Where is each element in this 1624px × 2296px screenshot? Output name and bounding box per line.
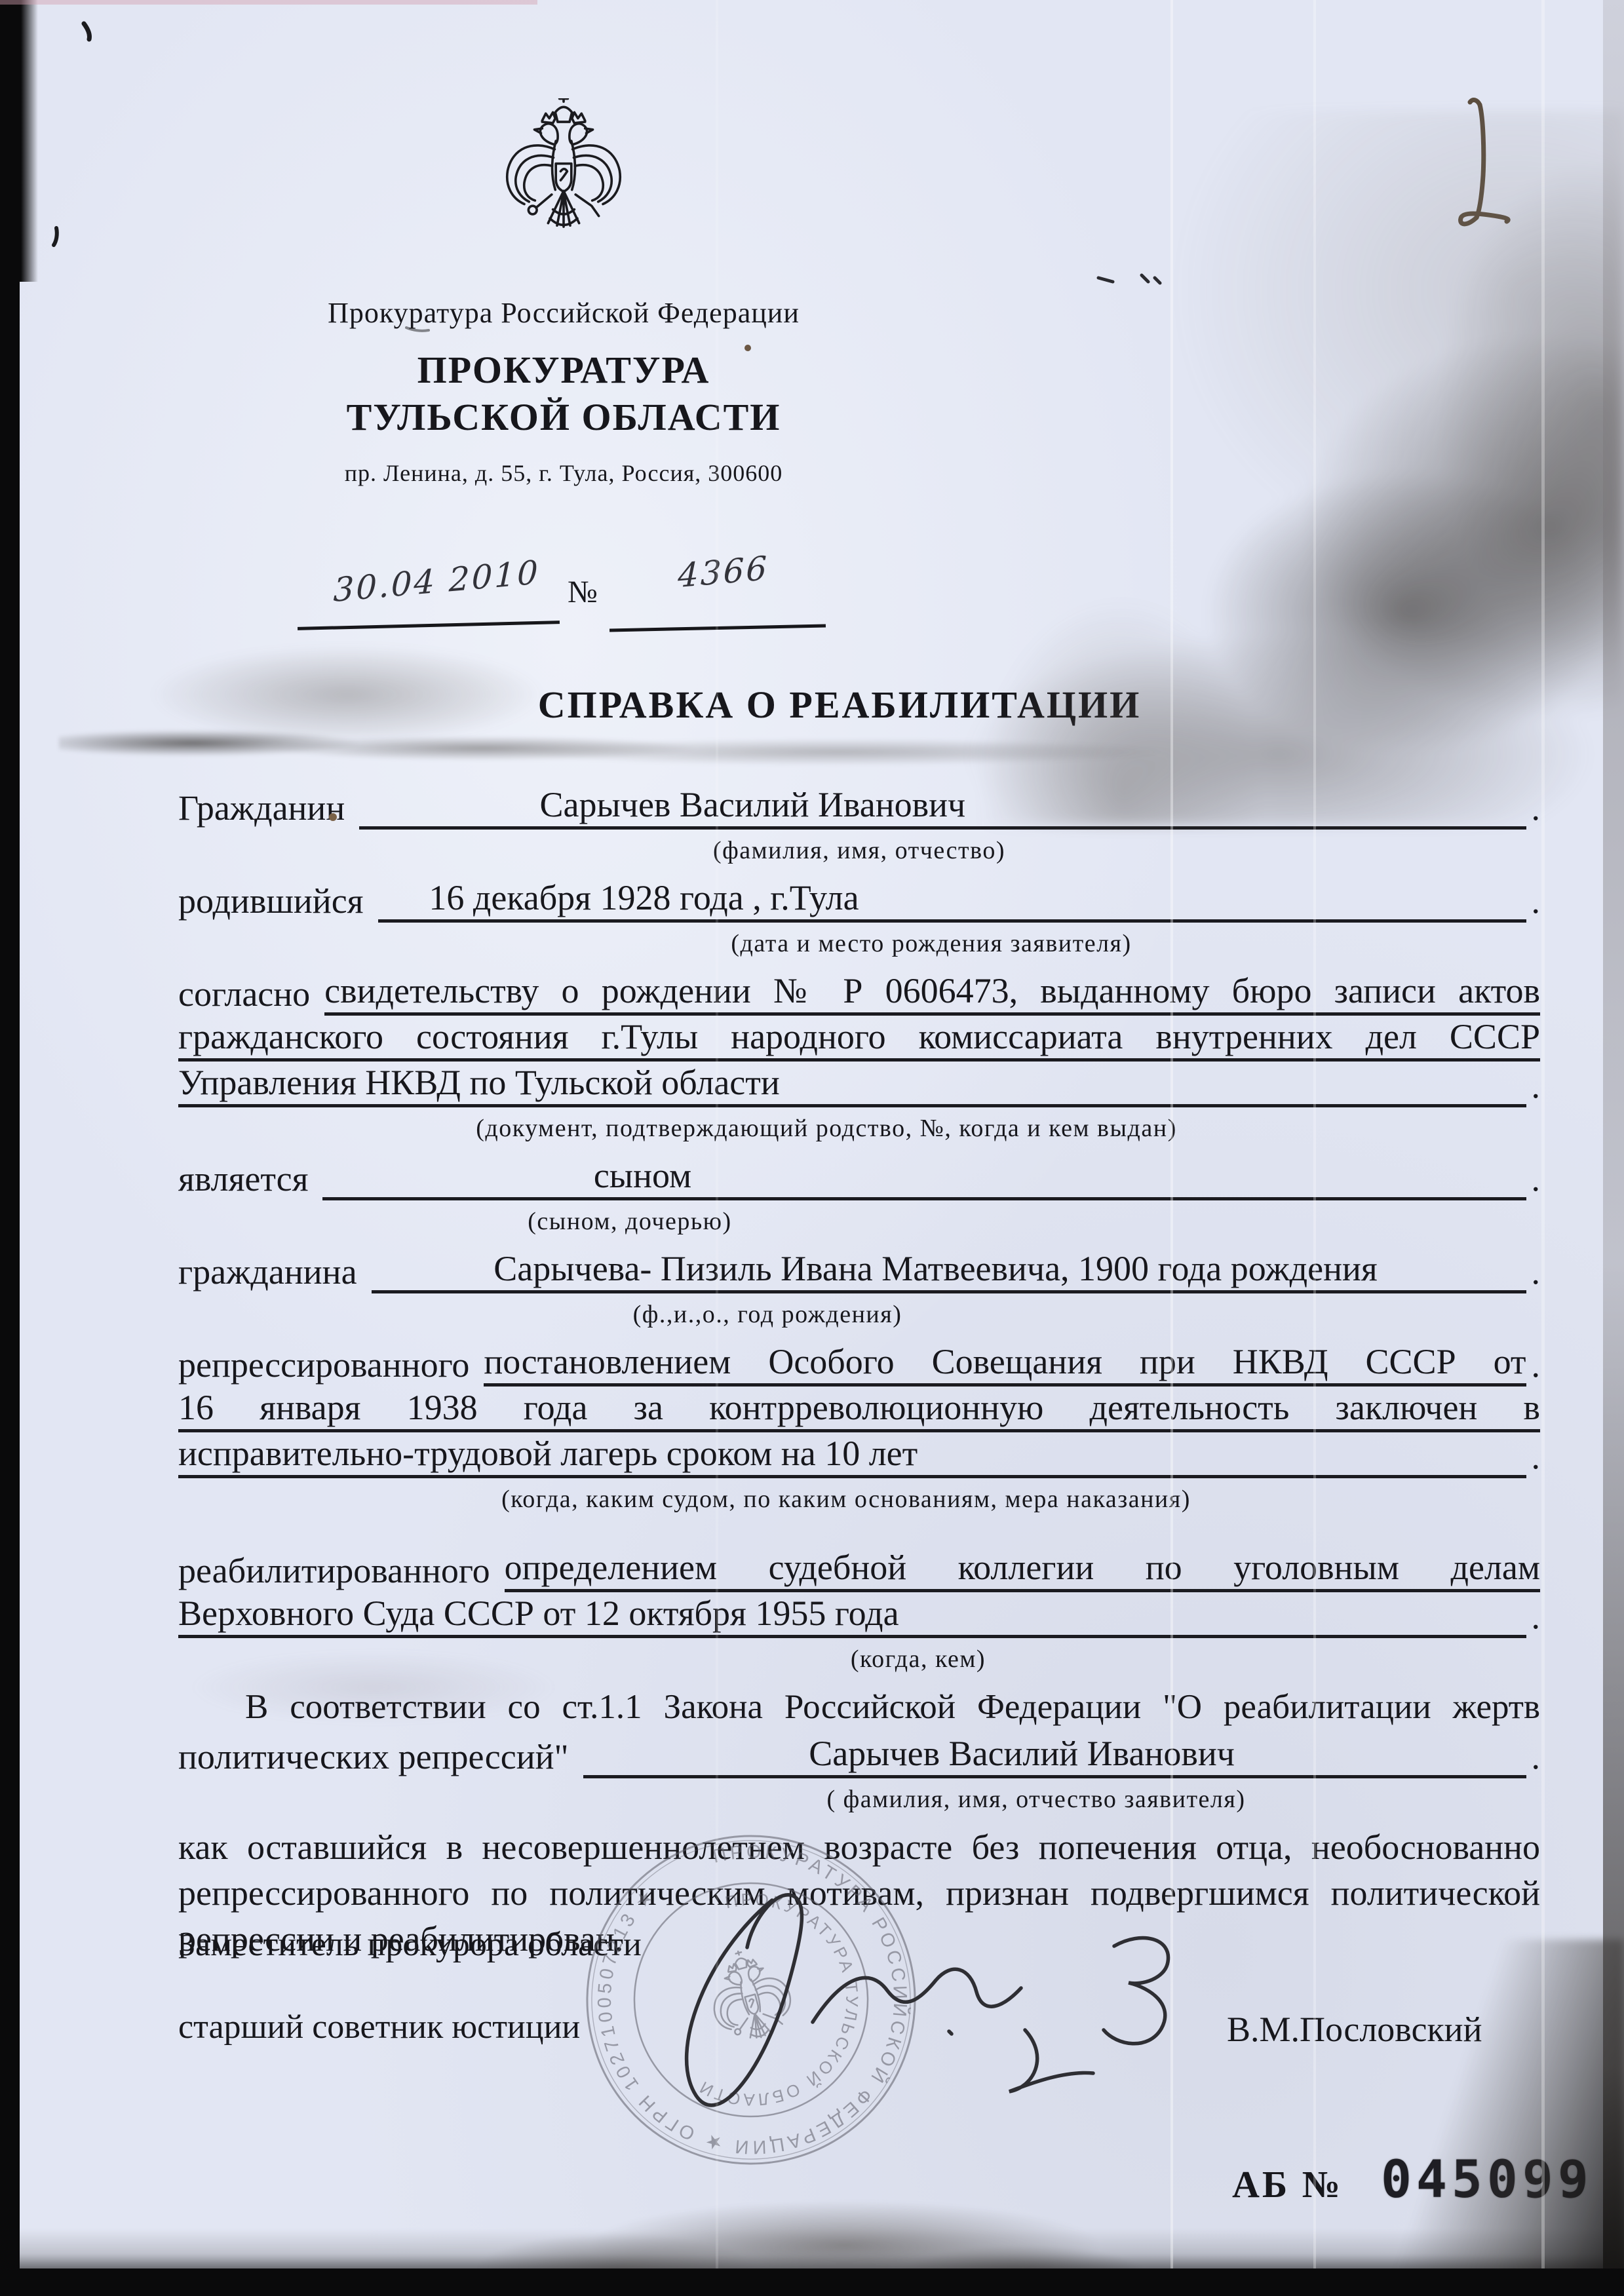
field-parent-label: гражданина — [178, 1250, 372, 1293]
scan-edge-right — [1603, 0, 1624, 2296]
field-document-value3: Управления НКВД по Тульской области — [178, 1061, 1526, 1107]
field-rehabilitation-value1: определением судебной коллегии по уголов… — [505, 1546, 1540, 1592]
field-repression-caption: (когда, каким судом, по каким основаниям… — [165, 1478, 1527, 1525]
coat-of-arms-russia-icon — [498, 98, 629, 290]
signer-name: В.М.Пословский — [1227, 2009, 1482, 2050]
field-rehabilitation-line2: Верховного Суда СССР от 12 октября 1955 … — [178, 1592, 1540, 1638]
form-serial-prefix: АБ № — [1232, 2162, 1343, 2206]
field-applicant: политических репрессий" Сарычев Василий … — [178, 1732, 1540, 1778]
line-end-dot: . — [1526, 1064, 1541, 1107]
form-serial-number: 045099 — [1381, 2151, 1593, 2210]
stamp-eagle-icon — [701, 1942, 798, 2048]
field-relation-label: является — [178, 1157, 322, 1200]
field-citizen-value: Сарычев Василий Иванович — [540, 783, 966, 826]
field-applicant-caption: ( фамилия, имя, отчество заявителя) — [355, 1778, 1624, 1826]
scan-edge-left-top — [0, 0, 38, 282]
form-serial: АБ № 045099 — [1232, 2151, 1593, 2210]
field-document-line1: согласно свидетельству о рождении № Р 06… — [178, 970, 1540, 1016]
letterhead: Прокуратура Российской Федерации ПРОКУРА… — [236, 98, 891, 487]
line-end-dot: . — [1526, 1595, 1541, 1638]
field-parent-value: Сарычева- Пизиль Ивана Матвеевича, 1900 … — [493, 1247, 1378, 1290]
field-relation: является сыном . — [178, 1155, 1540, 1200]
law-reference-line: В соответствии со ст.1.1 Закона Российск… — [178, 1685, 1540, 1732]
field-applicant-value: Сарычев Василий Иванович — [809, 1732, 1235, 1775]
field-relation-caption: (сыном, дочерью) — [0, 1200, 1311, 1248]
field-relation-line: сыном — [322, 1154, 1526, 1200]
letterhead-org-line1: ПРОКУРАТУРА — [236, 347, 891, 394]
handwritten-number: 4366 — [678, 549, 769, 595]
date-number-block: 30.04 2010 № 4366 — [282, 543, 1035, 660]
field-born-value: 16 декабря 1928 года , г.Тула — [429, 876, 859, 919]
field-repression-line3: исправительно-трудовой лагерь сроком на … — [178, 1432, 1540, 1478]
field-citizen-label: Гражданин — [178, 786, 359, 830]
line-end-dot: . — [1526, 879, 1541, 923]
handwritten-page-number — [1461, 100, 1509, 224]
field-citizen-caption: (фамилия, имя, отчество) — [178, 830, 1540, 877]
letterhead-parent-org: Прокуратура Российской Федерации — [236, 296, 891, 330]
scanned-rehabilitation-certificate: { "colors":{"paper":"#e2e6f3","ink":"#17… — [0, 0, 1624, 2296]
field-applicant-label: политических репрессий" — [178, 1735, 583, 1778]
line-end-dot: . — [1526, 786, 1541, 830]
field-document-line2: гражданского состояния г.Тулы народного … — [178, 1016, 1540, 1062]
field-rehabilitation-label: реабилитированного — [178, 1549, 505, 1592]
date-underline — [298, 621, 560, 630]
field-repression-line1: репрессированного постановлением Особого… — [178, 1341, 1540, 1387]
number-underline — [609, 624, 826, 632]
field-parent-caption: (ф.,и.,о., год рождения) — [87, 1293, 1448, 1341]
numero-sign: № — [568, 574, 598, 610]
field-document-caption: (документ, подтверждающий родство, №, ко… — [145, 1107, 1507, 1155]
field-rehabilitation-caption: (когда, кем) — [237, 1638, 1599, 1685]
line-end-dot: . — [1526, 1250, 1541, 1293]
field-parent-line: Сарычева- Пизиль Ивана Матвеевича, 1900 … — [372, 1247, 1526, 1293]
line-end-dot: . — [1526, 1343, 1541, 1387]
field-repression-line2: 16 января 1938 года за контрреволюционну… — [178, 1387, 1540, 1432]
toner-smudge-title-band — [59, 719, 1173, 772]
field-document-value1: свидетельству о рождении № Р 0606473, вы… — [324, 969, 1540, 1016]
scan-streak — [1541, 0, 1545, 2296]
field-document-label: согласно — [178, 972, 324, 1016]
field-repression-value2: 16 января 1938 года за контрреволюционну… — [178, 1386, 1540, 1432]
field-repression-label: репрессированного — [178, 1343, 484, 1387]
field-rehabilitation-value2: Верховного Суда СССР от 12 октября 1955 … — [178, 1592, 1526, 1638]
field-born-label: родившийся — [178, 879, 378, 923]
line-end-dot: . — [1526, 1157, 1541, 1200]
field-applicant-line: Сарычев Василий Иванович — [583, 1732, 1526, 1778]
field-citizen: Гражданин Сарычев Василий Иванович . — [178, 784, 1540, 830]
ink-dashes — [1098, 275, 1160, 283]
line-end-dot: . — [1526, 1735, 1541, 1778]
letterhead-address: пр. Ленина, д. 55, г. Тула, Россия, 3006… — [236, 459, 891, 487]
letterhead-org-name: ПРОКУРАТУРА ТУЛЬСКОЙ ОБЛАСТИ — [236, 347, 891, 441]
field-document-line3: Управления НКВД по Тульской области . — [178, 1062, 1540, 1107]
handwritten-date: 30.04 2010 — [333, 553, 540, 609]
document-title: СПРАВКА О РЕАБИЛИТАЦИИ — [28, 683, 1624, 727]
signer-position-line2: старший советник юстиции — [178, 2008, 580, 2046]
scan-edge-bottom — [0, 2268, 1624, 2296]
letterhead-org-line2: ТУЛЬСКОЙ ОБЛАСТИ — [236, 394, 891, 441]
line-end-dot: . — [1526, 1435, 1541, 1478]
field-rehabilitation-line1: реабилитированного определением судебной… — [178, 1546, 1540, 1592]
toner-smudge-bottom-right-corner — [1389, 1940, 1624, 2296]
spacer — [178, 1525, 1540, 1546]
field-citizen-line: Сарычев Василий Иванович — [359, 783, 1526, 830]
field-born-caption: (дата и место рождения заявителя) — [250, 923, 1612, 970]
field-document-value2: гражданского состояния г.Тулы народного … — [178, 1015, 1540, 1062]
field-repression-value1: постановлением Особого Совещания при НКВ… — [484, 1340, 1526, 1387]
field-parent: гражданина Сарычева- Пизиль Ивана Матвее… — [178, 1248, 1540, 1293]
scan-edge-left — [0, 0, 20, 2296]
scan-edge-top — [0, 0, 537, 5]
field-born-line: 16 декабря 1928 года , г.Тула — [378, 876, 1526, 923]
field-repression-value3: исправительно-трудовой лагерь сроком на … — [178, 1432, 1526, 1478]
field-relation-value: сыном — [594, 1154, 691, 1197]
field-born: родившийся 16 декабря 1928 года , г.Тула… — [178, 877, 1540, 923]
